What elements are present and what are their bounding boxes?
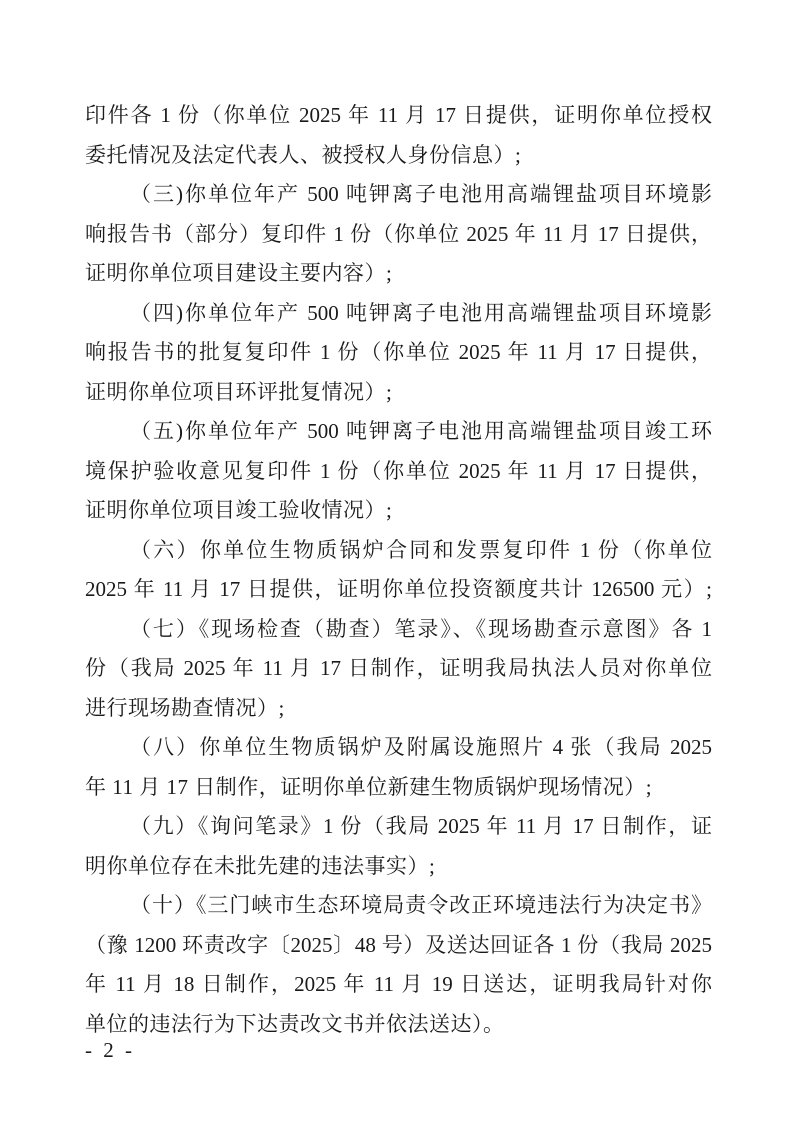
page-number: - 2 - [85,1033,135,1067]
doc-line: （六）你单位生物质锅炉合同和发票复印件 1 份（你单位 [85,531,712,571]
doc-line: 份（我局 2025 年 11 月 17 日制作，证明我局执法人员对你单位 [85,649,712,689]
doc-line: 证明你单位项目建设主要内容）; [85,254,712,294]
doc-line: （三)你单位年产 500 吨钾离子电池用高端锂盐项目环境影 [85,175,712,215]
doc-line: 境保护验收意见复印件 1 份（你单位 2025 年 11 月 17 日提供， [85,452,712,492]
doc-line: （五)你单位年产 500 吨钾离子电池用高端锂盐项目竣工环 [85,412,712,452]
doc-line: （豫 1200 环责改字〔2025〕48 号）及送达回证各 1 份（我局 202… [85,926,712,966]
doc-line: 委托情况及法定代表人、被授权人身份信息）; [85,136,712,176]
document-page: 印件各 1 份（你单位 2025 年 11 月 17 日提供，证明你单位授权 委… [0,0,793,1122]
doc-line: （八）你单位生物质锅炉及附属设施照片 4 张（我局 2025 [85,728,712,768]
doc-line: （七）《现场检查（勘查）笔录》、《现场勘查示意图》各 1 [85,610,712,650]
document-body: 印件各 1 份（你单位 2025 年 11 月 17 日提供，证明你单位授权 委… [85,96,712,1044]
doc-line: 年 11 月 17 日制作，证明你单位新建生物质锅炉现场情况）; [85,768,712,808]
doc-line: 2025 年 11 月 17 日提供，证明你单位投资额度共计 126500 元）… [85,570,712,610]
doc-line: 年 11 月 18 日制作，2025 年 11 月 19 日送达，证明我局针对你 [85,965,712,1005]
doc-line: 响报告书（部分）复印件 1 份（你单位 2025 年 11 月 17 日提供， [85,215,712,255]
doc-line: （九）《询问笔录》1 份（我局 2025 年 11 月 17 日制作，证 [85,807,712,847]
doc-line: 进行现场勘查情况）; [85,689,712,729]
doc-line: （十）《三门峡市生态环境局责令改正环境违法行为决定书》 [85,886,712,926]
doc-line: 证明你单位项目竣工验收情况）; [85,491,712,531]
doc-line: 证明你单位项目环评批复情况）; [85,373,712,413]
doc-line: 明你单位存在未批先建的违法事实）; [85,847,712,887]
doc-line: 印件各 1 份（你单位 2025 年 11 月 17 日提供，证明你单位授权 [85,96,712,136]
doc-line: 单位的违法行为下达责改文书并依法送达）。 [85,1005,712,1045]
doc-line: （四)你单位年产 500 吨钾离子电池用高端锂盐项目环境影 [85,294,712,334]
doc-line: 响报告书的批复复印件 1 份（你单位 2025 年 11 月 17 日提供， [85,333,712,373]
